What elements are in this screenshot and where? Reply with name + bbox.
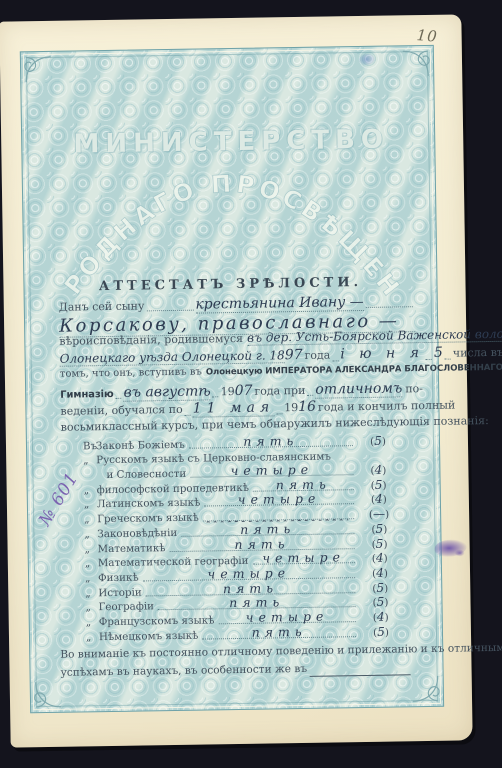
dotted-fill-line: пять [202,626,356,639]
printed-text: Данъ сей сыну [59,299,145,313]
subjects-table: Въ Законѣ Божіемъ пять (5) „Русскомъ язы… [83,432,402,643]
printed-bold-text: Гимназію [60,389,114,401]
grade-word: пять [229,595,284,611]
grade-word: четыре [207,565,290,581]
grade-number: (5) [358,536,400,551]
grade-word: пять [223,580,278,596]
grade-number: (4) [360,609,402,624]
subject-ditto-mark: „ [84,528,97,540]
closing-text: Во вниманіе къ постоянно отличному повед… [60,643,413,684]
dotted-fill-line: четыре [204,494,354,507]
printed-bold-text: Олонецкую ИМПЕРАТОРА АЛЕКСАНДРА БЛАГОСЛО… [206,362,502,377]
dotted-fill-line: пять [189,435,353,449]
handwritten-text: отличномъ [315,380,402,398]
grade-number: (4) [359,565,401,580]
subject-label: Французскомъ языкѣ [99,614,215,628]
subject-label: Греческомъ языкѣ [97,512,199,526]
grade-word: пять [251,624,306,640]
ink-blot [435,539,467,557]
dotted-fill-line: четыре [252,552,355,565]
subject-ditto-mark: „ [85,557,98,569]
printed-text: Во вниманіе къ постоянно отличному повед… [60,642,502,661]
dotted-fill-line [366,307,413,309]
corner-flourish-top-left [23,54,53,84]
grade-word: пять [243,433,298,449]
printed-text: томъ, что онъ, вступивъ въ [60,366,202,379]
handwritten-year: 07 [234,383,252,399]
grade-word: четыре [262,549,345,565]
subject-label: и Словесности [106,468,186,481]
printed-text: числа въ [453,346,502,360]
handwritten-text: крестьянина Ивану — [195,294,364,314]
handwritten-text: 11 мая [193,400,275,418]
subject-label: Географіи [98,601,154,614]
handwritten-year: 16 [298,399,316,415]
dotted-fill-line: пять [146,582,356,596]
printed-text: 19 [284,401,298,414]
dotted-fill-line [445,358,451,359]
printed-text: веденіи, обучался по [60,403,182,418]
certificate-panel: МИНИСТЕРСТВО НАРОДНАГО ПРОСВѢЩЕНІЯ АТТЕС… [20,45,444,713]
dotted-fill-line [426,358,432,359]
dotted-fill-line [276,413,282,414]
subject-ditto-mark: „ [86,616,99,628]
grade-number: (5) [360,624,402,639]
corner-flourish-bottom-left [33,680,63,710]
grade-number: (4) [357,463,399,478]
subject-ditto-mark: „ [85,543,98,555]
folio-number: 10 [416,26,439,46]
printed-text: по- [405,382,423,395]
certificate-body-text: Данъ сей сыну крестьянина Ивану — Корсак… [59,293,417,438]
subject-ditto-mark: „ [84,484,97,496]
subject-ditto-mark: „ [84,499,97,511]
printed-text: года при [254,384,305,398]
subject-ditto-mark: „ [85,587,98,599]
handwritten-text: Олонецкаго уѣзда Олонецкой г. 18 [60,348,285,367]
dotted-fill-line [203,508,355,521]
grade-number: (5) [358,521,400,536]
grade-word: четыре [246,609,329,625]
grade-word: четыре [230,462,313,478]
corner-flourish-top-right [401,48,431,78]
dotted-fill-line [332,360,338,361]
subject-ditto-mark: „ [83,455,96,467]
handwritten-text: въ дер. Усть-Боярской Важенской волости [247,326,502,345]
grade-number: (5) [358,477,400,492]
subject-ditto-mark: „ [84,513,97,525]
subject-ditto-mark: Въ [83,440,96,452]
subject-label: Законовѣдѣніи [97,527,177,540]
dotted-fill-line: четыре [143,567,356,581]
grade-number: (5) [359,580,401,595]
handwritten-month: і ю н я [340,345,424,362]
document-paper: 10 МИНИСТЕРСТВО НАРОДНАГО [0,14,473,747]
subject-label: Нѣмецкомъ языкѣ [99,629,199,643]
printed-text: 19 [221,385,235,398]
subject-label: Исторіи [98,586,142,599]
grade-word: пять [234,536,289,552]
subject-label: Физикѣ [98,571,139,584]
subject-label: философской пропедевтикѣ [97,482,249,496]
printed-text: успѣхамъ въ наукахъ, въ особенности же в… [60,662,307,678]
subject-label: Математикѣ [98,542,166,555]
grade-number: (5) [359,595,401,610]
printed-text: года [304,349,330,362]
dotted-fill-line [307,395,313,396]
grade-word: четыре [238,491,321,507]
subject-ditto-mark: „ [85,572,98,584]
dotted-fill-line [116,398,122,399]
dotted-fill-line: пять [253,479,354,492]
grade-number: (4) [359,551,401,566]
dotted-fill-line: четыре [218,611,356,624]
ink-smudge-top [359,54,375,65]
printed-text: вѣроисповѣданія, родившемуся [59,332,243,348]
grade-number: (—) [358,507,400,522]
handwritten-year: 97 [285,347,303,363]
blank-rule-line [309,674,410,677]
subject-ditto-mark: „ [85,601,98,613]
handwritten-text: въ августѣ [123,383,210,401]
printed-text: года и кончилъ полный [318,399,456,414]
scan-background: 10 МИНИСТЕРСТВО НАРОДНАГО [0,0,502,768]
corner-flourish-bottom-right [411,674,441,704]
grade-number: (4) [358,492,400,507]
dotted-fill-line: пять [181,523,354,537]
grade-number: (5) [357,433,399,448]
dotted-fill-line [146,310,193,312]
dotted-fill-line [185,414,191,415]
subject-label: Законѣ Божіемъ [96,439,185,452]
grade-word: пять [276,476,331,492]
subject-ditto-mark: „ [86,631,99,643]
grade-word: пять [240,521,295,537]
subject-label: Латинскомъ языкѣ [97,497,201,511]
handwritten-day: 5 [434,345,443,361]
dotted-fill-line [213,397,219,398]
